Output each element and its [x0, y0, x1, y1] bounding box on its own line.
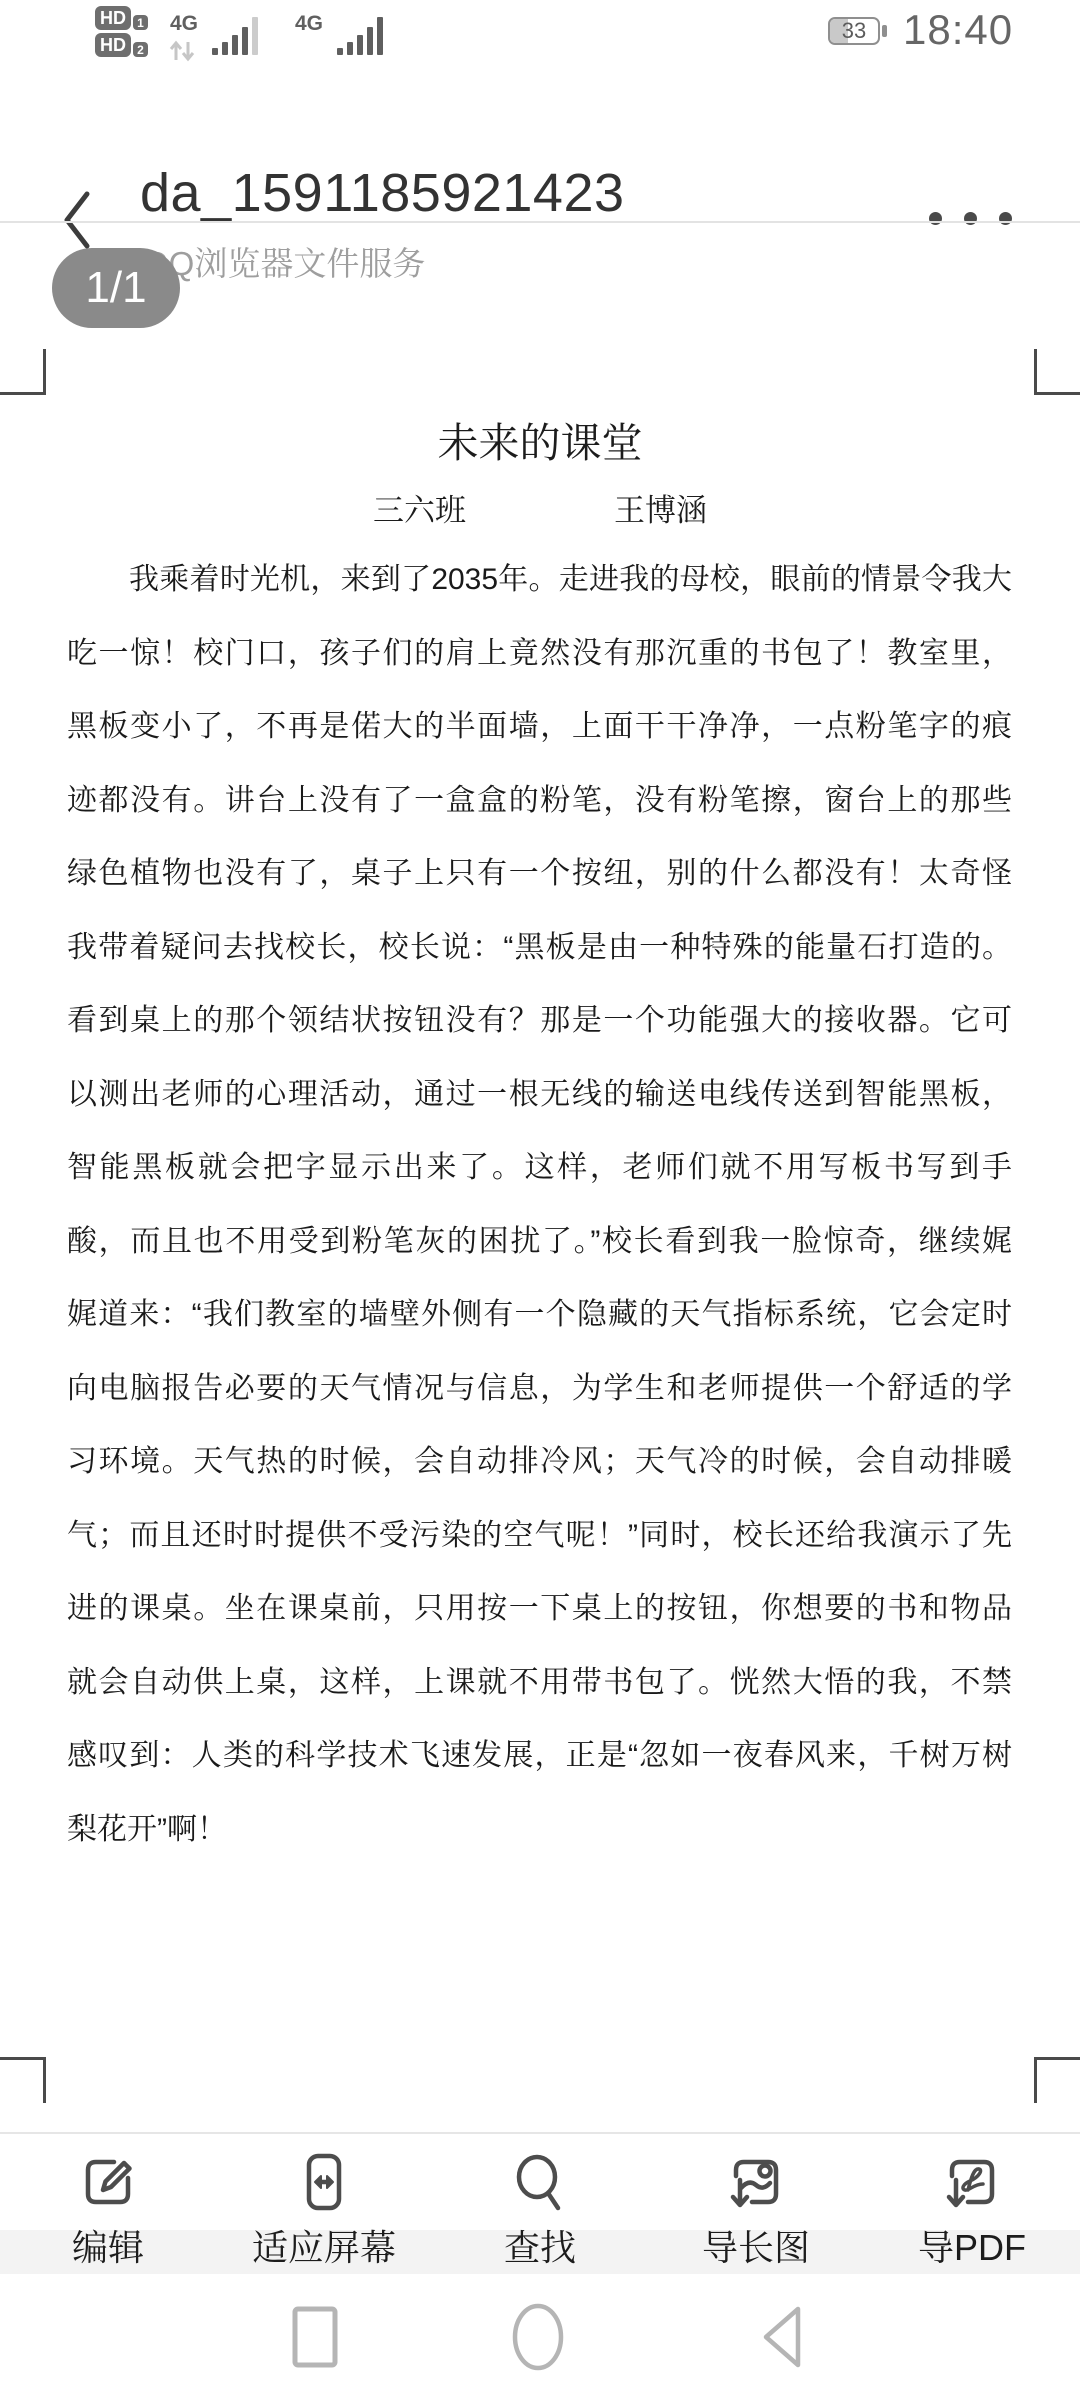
document-body: 我乘着时光机，来到了2035年。走进我的母校，眼前的情景令我大吃一惊！校门口，孩… — [67, 543, 1012, 1866]
export-pdf-button[interactable]: 导PDF — [864, 2134, 1080, 2274]
document-body-line: 就会自动供上桌，这样，上课就不用带书包了。恍然大悟的我，不禁 — [67, 1646, 1012, 1720]
document-body-line: 习环境。天气热的时候，会自动排冷风；天气冷的时候，会自动排暖 — [67, 1425, 1012, 1499]
document-byline: 三六班 王博涵 — [0, 485, 1080, 530]
document-body-line: 黑板变小了，不再是偌大的半面墙，上面干干净净，一点粉笔字的痕 — [67, 690, 1012, 764]
document-body-line: 我带着疑问去找校长，校长说：“黑板是由一种特殊的能量石打造的。 — [67, 911, 1012, 985]
document-body-line: 向电脑报告必要的天气情况与信息，为学生和老师提供一个舒适的学 — [67, 1352, 1012, 1426]
document-body-line: 以测出老师的心理活动，通过一根无线的输送电线传送到智能黑板， — [67, 1058, 1012, 1132]
toolbar-label: 导PDF — [918, 2220, 1026, 2271]
page-indicator-badge: 1/1 — [52, 248, 180, 328]
fit-screen-button[interactable]: 适应屏幕 — [216, 2134, 432, 2274]
status-time: 18:40 — [903, 6, 1013, 54]
sim1-network-label: 4G — [170, 12, 198, 36]
hd2-label: HD — [95, 33, 131, 57]
fit-screen-icon — [292, 2142, 356, 2214]
edit-button[interactable]: 编辑 — [0, 2134, 216, 2274]
hd1-icon: HD 1 — [95, 6, 148, 30]
hd2-icon: HD 2 — [95, 33, 148, 57]
find-button[interactable]: 查找 — [432, 2134, 648, 2274]
file-title: da_1591185921423 — [140, 162, 625, 224]
hd2-sub: 2 — [133, 42, 148, 57]
toolbar-label: 导长图 — [702, 2220, 810, 2271]
hd1-label: HD — [95, 6, 131, 30]
edit-icon — [76, 2142, 140, 2214]
byline-author: 王博涵 — [614, 485, 707, 530]
export-long-image-icon — [724, 2142, 788, 2214]
file-source-subtitle: QQ浏览器文件服务 — [143, 238, 425, 285]
page-corner-bottom-right — [1034, 2057, 1080, 2103]
nav-back-button[interactable] — [722, 2292, 842, 2382]
document-body-line: 进的课桌。坐在课桌前，只用按一下桌上的按钮，你想要的书和物品 — [67, 1572, 1012, 1646]
document-body-line: 迹都没有。讲台上没有了一盒盒的粉笔，没有粉笔擦，窗台上的那些 — [67, 764, 1012, 838]
home-circle-icon — [511, 2302, 565, 2372]
bottom-toolbar: 编辑 适应屏幕 查找 — [0, 2134, 1080, 2274]
sim2-signal-icon — [337, 14, 389, 58]
document-body-line: 看到桌上的那个领结状按钮没有？那是一个功能强大的接收器。它可 — [67, 984, 1012, 1058]
battery-percent: 33 — [842, 18, 866, 44]
toolbar-label: 编辑 — [72, 2220, 144, 2271]
document-body-line: 气；而且还时时提供不受污染的空气呢！”同时，校长还给我演示了先 — [67, 1499, 1012, 1573]
page-indicator-text: 1/1 — [85, 263, 146, 313]
page-corner-bottom-left — [0, 2057, 46, 2103]
toolbar-label: 查找 — [504, 2220, 576, 2271]
back-chevron-icon — [59, 188, 93, 252]
toolbar-label: 适应屏幕 — [252, 2220, 396, 2271]
back-triangle-icon — [760, 2304, 804, 2370]
page-corner-top-right — [1034, 349, 1080, 395]
document-body-line: 娓道来：“我们教室的墙壁外侧有一个隐藏的天气指标系统，它会定时 — [67, 1278, 1012, 1352]
sim1-signal-icon — [212, 14, 264, 58]
search-icon — [508, 2142, 572, 2214]
export-pdf-icon — [940, 2142, 1004, 2214]
document-body-line: 绿色植物也没有了，桌子上只有一个按纽，别的什么都没有！太奇怪 — [67, 837, 1012, 911]
document-body-line: 智能黑板就会把字显示出来了。这样，老师们就不用写板书写到手 — [67, 1131, 1012, 1205]
header-divider — [0, 221, 1080, 223]
battery-icon: 33 — [828, 17, 887, 45]
document-body-line: 吃一惊！校门口，孩子们的肩上竟然没有那沉重的书包了！教室里， — [67, 617, 1012, 691]
more-menu-button[interactable] — [910, 188, 1030, 248]
byline-class: 三六班 — [373, 485, 466, 530]
status-bar: HD 1 HD 2 4G 4G — [0, 0, 1080, 70]
nav-home-button[interactable] — [478, 2292, 598, 2382]
data-arrows-icon — [168, 40, 198, 62]
document-body-line: 酸，而且也不用受到粉笔灰的困扰了。”校长看到我一脸惊奇，继续娓 — [67, 1205, 1012, 1279]
nav-recents-button[interactable] — [255, 2292, 375, 2382]
export-long-image-button[interactable]: 导长图 — [648, 2134, 864, 2274]
hd-voice-indicators: HD 1 HD 2 — [95, 6, 148, 60]
document-body-line: 感叹到：人类的科学技术飞速发展，正是“忽如一夜春风来，千树万树 — [67, 1719, 1012, 1793]
document-title: 未来的课堂 — [0, 410, 1080, 469]
hd1-sub: 1 — [133, 15, 148, 30]
sim2-network-label: 4G — [295, 12, 323, 36]
page-corner-top-left — [0, 349, 46, 395]
document-body-line: 我乘着时光机，来到了2035年。走进我的母校，眼前的情景令我大 — [67, 543, 1012, 617]
back-button[interactable] — [48, 182, 104, 258]
header: da_1591185921423 QQ浏览器文件服务 — [0, 70, 1080, 222]
document-body-line: 梨花开”啊！ — [67, 1793, 1012, 1867]
screen: HD 1 HD 2 4G 4G — [0, 0, 1080, 2400]
recents-square-icon — [292, 2306, 338, 2368]
